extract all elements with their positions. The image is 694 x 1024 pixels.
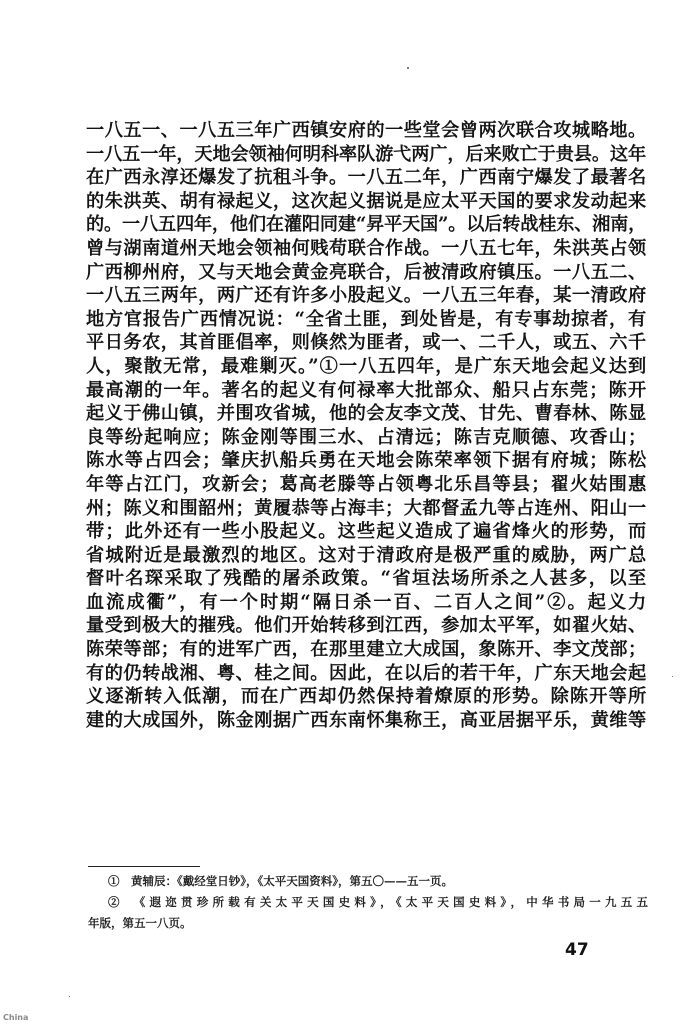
scan-speck [407, 67, 409, 69]
text-line: 的朱洪英、胡有禄起义，这次起义据说是应太平天国的要求发动起来 [86, 190, 646, 214]
text-line: 陈荣等部；有的进军广西，在那里建立大成国，象陈开、李文茂部； [86, 638, 646, 662]
text-line: 平日务农，其首匪倡率，则倏然为匪者，或一、二千人，或五、六千 [86, 331, 646, 355]
text-line: 地方官报告广西情况说：“全省土匪，到处皆是，有专事劫掠者，有 [86, 308, 646, 332]
text-line: 起义于佛山镇，并围攻省城，他的会友李文茂、甘先、曹春林、陈显 [86, 402, 646, 426]
book-page: 一八五一、一八五三年广西镇安府的一些堂会曾两次联合攻城略地。 一八五一年，天地会… [0, 0, 694, 1024]
text-line: 广西柳州府，又与天地会黄金亮联合，后被清政府镇压。一八五二、 [86, 261, 646, 285]
text-line: 陈水等占四会；肇庆扒船兵勇在天地会陈荣率领下据有府城；陈松 [86, 449, 646, 473]
text-line: 量受到极大的摧残。他们开始转移到江西，参加太平军，如翟火姑、 [86, 614, 646, 638]
text-line: 一八五三两年，两广还有许多小股起义。一八五三年春，某一清政府 [86, 284, 646, 308]
text-line: 带；此外还有一些小股起义。这些起义造成了遍省烽火的形势，而 [86, 520, 646, 544]
text-line: 建的大成国外，陈金刚据广西东南怀集称王，高亚居据平乐，黄维等 [86, 709, 646, 733]
text-line: 有的仍转战湘、粤、桂之间。因此，在以后的若干年，广东天地会起 [86, 662, 646, 686]
scan-speck [672, 676, 673, 677]
footnote-divider [88, 866, 200, 867]
footnote-2-continuation: 年版，第五一八页。 [88, 913, 648, 934]
text-line: 义逐渐转入低潮，而在广西却仍然保持着燎原的形势。除陈开等所 [86, 685, 646, 709]
text-line: 的。一八五四年，他们在灌阳同建“昇平天国”。以后转战桂东、湘南， [86, 213, 646, 237]
text-line: 人，聚散无常，最难剿灭。”①一八五四年，是广东天地会起义达到 [86, 355, 646, 379]
text-line: 曾与湖南道州天地会领袖何贱苟联合作战。一八五七年，朱洪英占领 [86, 237, 646, 261]
body-text: 一八五一、一八五三年广西镇安府的一些堂会曾两次联合攻城略地。 一八五一年，天地会… [86, 119, 646, 732]
footnote-2: ② 《遐迩贯珍所载有关太平天国史料》，《太平天国史料》，中华书局一九五五 [88, 892, 648, 913]
text-line: 一八五一、一八五三年广西镇安府的一些堂会曾两次联合攻城略地。 [86, 119, 646, 143]
footnote-1: ① 黄辅辰：《戴经堂日钞》，《太平天国资料》，第五〇——五一页。 [88, 871, 648, 892]
text-line: 年等占江门，攻新会；葛高老滕等占领粤北乐昌等县；翟火姑围惠 [86, 473, 646, 497]
watermark: China [3, 1013, 28, 1022]
text-line: 省城附近是最激烈的地区。这对于清政府是极严重的威胁，两广总 [86, 544, 646, 568]
text-line: 州；陈义和围韶州；黄履恭等占海丰；大都督孟九等占连州、阳山一 [86, 497, 646, 521]
footnotes: ① 黄辅辰：《戴经堂日钞》，《太平天国资料》，第五〇——五一页。 ② 《遐迩贯珍… [88, 871, 648, 934]
text-line: 血流成衢”，有一个时期“隔日杀一百、二百人之间”②。起义力 [86, 591, 646, 615]
text-line: 督叶名琛采取了残酷的屠杀政策。“省垣法场所杀之人甚多，以至 [86, 567, 646, 591]
text-line: 最高潮的一年。著名的起义有何禄率大批部众、船只占东莞；陈开 [86, 379, 646, 403]
text-line: 良等纷起响应；陈金刚等围三水、占清远；陈吉克顺德、攻香山； [86, 426, 646, 450]
page-number: 47 [565, 940, 589, 960]
text-line: 一八五一年，天地会领袖何明科率队游弋两广，后来败亡于贵县。这年 [86, 143, 646, 167]
text-line: 在广西永淳还爆发了抗租斗争。一八五二年，广西南宁爆发了最著名 [86, 166, 646, 190]
scan-speck [69, 996, 70, 997]
